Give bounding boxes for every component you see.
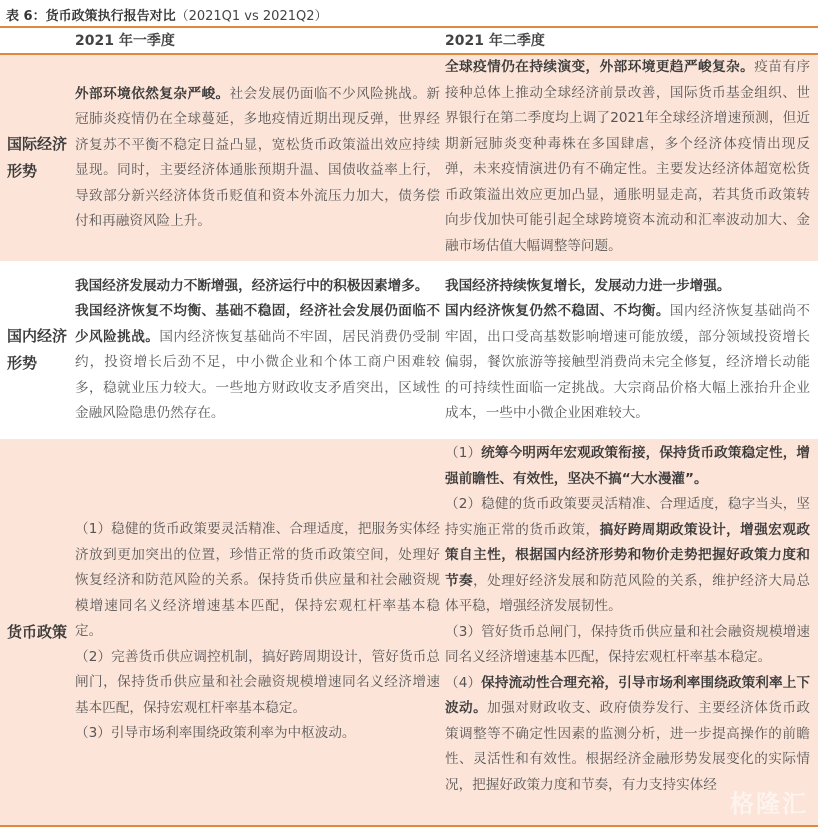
row-label: 国际经济形势	[0, 55, 75, 261]
cell-q1-domestic: 我国经济发展动力不断增强，经济运行中的积极因素增多。 我国经济恢复不均衡、基础不…	[75, 261, 445, 439]
table-caption: 表 6：货币政策执行报告对比（2021Q1 vs 2021Q2）	[6, 5, 327, 25]
cell-q1-international: 外部环境依然复杂严峻。社会发展仍面临不少风险挑战。新冠肺炎疫情仍在全球蔓延，多地…	[75, 55, 445, 261]
caption-subtitle: （2021Q1 vs 2021Q2）	[176, 9, 328, 24]
cell-q2-monetary: （1）统筹今明两年宏观政策衔接，保持货币政策稳定性，增强前瞻性、有效性，坚决不搞…	[445, 439, 818, 823]
cell-q1-monetary: （1）稳健的货币政策要灵活精准、合理适度，把服务实体经济放到更加突出的位置，珍惜…	[75, 439, 445, 823]
header-label-column	[0, 28, 75, 53]
cell-q2-international: 全球疫情仍在持续演变，外部环境更趋严峻复杂。疫苗有序接种总体上推动全球经济前景改…	[445, 55, 818, 261]
row-label: 国内经济形势	[0, 261, 75, 439]
table-row-international: 国际经济形势 外部环境依然复杂严峻。社会发展仍面临不少风险挑战。新冠肺炎疫情仍在…	[0, 55, 818, 261]
caption-title: 表 6：货币政策执行报告对比	[6, 9, 176, 24]
table-header-row: 2021 年一季度 2021 年二季度	[0, 28, 818, 55]
table-row-domestic: 国内经济形势 我国经济发展动力不断增强，经济运行中的积极因素增多。 我国经济恢复…	[0, 261, 818, 439]
cell-q2-domestic: 我国经济持续恢复增长，发展动力进一步增强。 国内经济恢复仍然不稳固、不均衡。国内…	[445, 261, 818, 439]
header-q1: 2021 年一季度	[75, 28, 445, 53]
comparison-table: 2021 年一季度 2021 年二季度 国际经济形势 外部环境依然复杂严峻。社会…	[0, 26, 818, 823]
table-row-monetary-policy: 货币政策 （1）稳健的货币政策要灵活精准、合理适度，把服务实体经济放到更加突出的…	[0, 439, 818, 823]
header-q2: 2021 年二季度	[445, 28, 818, 53]
row-label: 货币政策	[0, 439, 75, 823]
